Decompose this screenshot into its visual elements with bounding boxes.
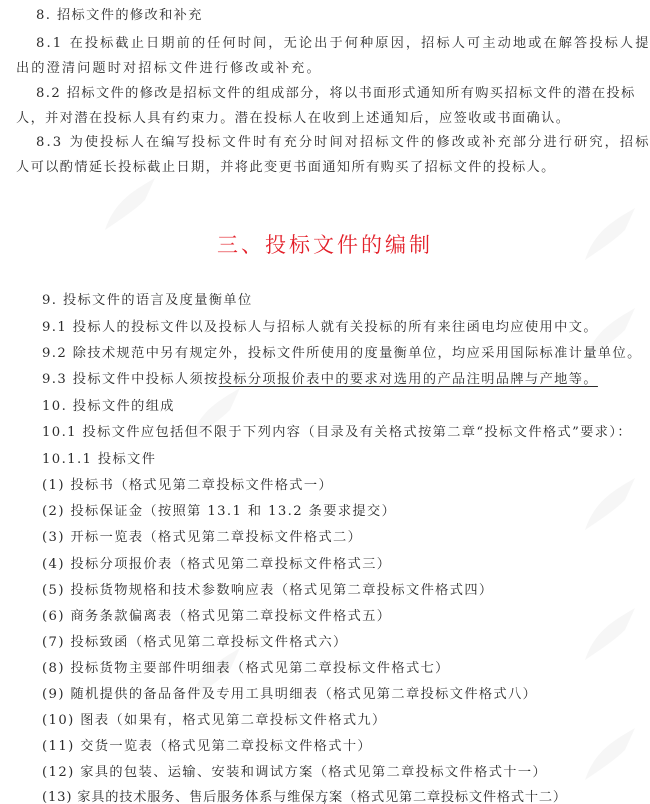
list-item: (5) 投标货物规格和技术参数响应表（格式见第二章投标文件格式四） [42,583,494,599]
section-9-title: 9. 投标文件的语言及度量衡单位 [42,293,253,309]
list-item: (6) 商务条款偏离表（格式见第二章投标文件格式五） [42,609,391,625]
list-item: (7) 投标致函（格式见第二章投标文件格式六） [42,635,348,651]
document-page: 8. 招标文件的修改和补充 8.1 在投标截止日期前的任何时间，无论出于何种原因… [0,0,650,804]
list-item: (4) 投标分项报价表（格式见第二章投标文件格式三） [42,557,391,573]
section-9-2: 9.2 除技术规范中另有规定外，投标文件所使用的度量衡单位，均应采用国际标准计量… [42,346,642,362]
section-9-1: 9.1 投标人的投标文件以及投标人与招标人就有关投标的所有来往函电均应使用中文。 [42,320,598,336]
section-8-2-line-1: 8.2 招标文件的修改是招标文件的组成部分，将以书面形式通知所有购买招标文件的潜… [36,86,636,102]
chapter-heading: 三、投标文件的编制 [0,232,650,258]
list-item: (1) 投标书（格式见第二章投标文件格式一） [42,478,333,494]
section-8-3-line-1: 8.3 为使投标人在编写投标文件时有充分时间对招标文件的修改或补充部分进行研究，… [36,135,650,151]
list-item: (2) 投标保证金（按照第 13.1 和 13.2 条要求提交） [42,504,396,520]
section-8-3-line-2: 人可以酌情延长投标截止日期，并将此变更书面通知所有购买了招标文件的投标人。 [16,160,556,176]
list-item: (11) 交货一览表（格式见第二章投标文件格式十） [42,739,372,755]
section-9-3-prefix: 9.3 投标文件中投标人须按 [42,372,219,387]
watermark-icon [95,170,165,240]
list-item: (3) 开标一览表（格式见第二章投标文件格式二） [42,530,362,546]
page-number: 7 [0,799,650,804]
watermark-icon [575,720,645,790]
section-10-title: 10. 投标文件的组成 [42,399,175,415]
section-8-1-line-1: 8.1 在投标截止日期前的任何时间，无论出于何种原因，招标人可主动地或在解答投标… [36,36,650,52]
list-item: (10) 图表（如果有，格式见第二章投标文件格式九） [42,713,387,729]
list-item: (9) 随机提供的备品备件及专用工具明细表（格式见第二章投标文件格式八） [42,687,537,703]
list-item: (8) 投标货物主要部件明细表（格式见第二章投标文件格式七） [42,661,450,677]
section-10-1-1-title: 10.1.1 投标文件 [42,452,156,468]
section-10-1: 10.1 投标文件应包括但不限于下列内容（目录及有关格式按第二章“投标文件格式”… [42,425,632,441]
section-8-1-line-2: 出的澄清问题时对招标文件进行修改或补充。 [16,61,322,77]
section-8-2-line-2: 人，并对潜在投标人具有约束力。潜在投标人在收到上述通知后，应签收或书面确认。 [16,111,570,127]
watermark-icon [575,470,645,540]
section-9-3-underlined: 投标分项报价表中的要求对选用的产品注明品牌与产地等。 [219,372,598,387]
list-item: (12) 家具的包装、运输、安装和调试方案（格式见第二章投标文件格式十一） [42,765,547,781]
section-9-3: 9.3 投标文件中投标人须按投标分项报价表中的要求对选用的产品注明品牌与产地等。 [42,372,598,388]
section-8-title: 8. 招标文件的修改和补充 [36,8,203,24]
watermark-icon [575,600,645,670]
